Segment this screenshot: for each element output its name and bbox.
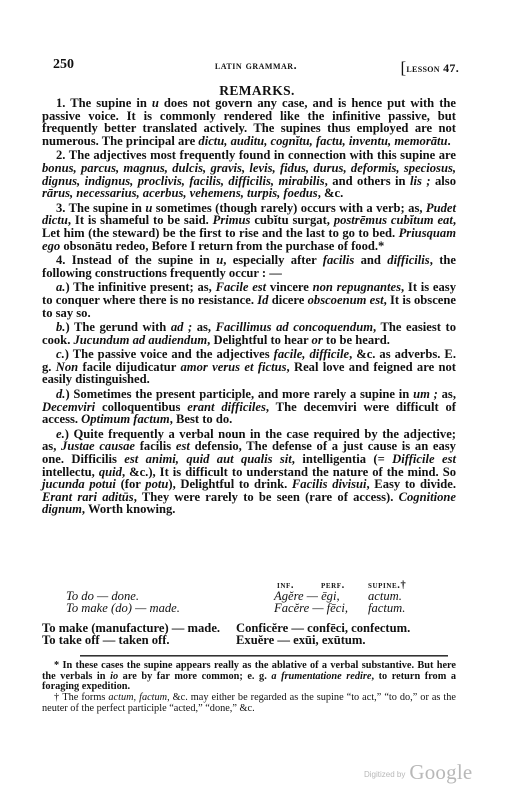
latin-inf-perf: Facĕre — fēci, bbox=[274, 602, 348, 614]
remark-paragraph: 1. The supine in u does not govern any c… bbox=[42, 97, 456, 147]
conjugation-row: To make (manufacture) — made. Conficĕre … bbox=[42, 622, 462, 634]
footnotes: * In these cases the supine appears real… bbox=[42, 661, 456, 715]
scanned-book-page: 250 LATIN GRAMMAR. [LESSON 47. REMARKS. … bbox=[0, 0, 514, 801]
footnote-asterisk: * In these cases the supine appears real… bbox=[42, 661, 456, 693]
watermark-prefix: Digitized by bbox=[364, 770, 405, 779]
running-head: 250 LATIN GRAMMAR. [LESSON 47. bbox=[53, 57, 459, 73]
lesson-label: [LESSON 47. bbox=[400, 57, 459, 77]
book-title: LATIN GRAMMAR. bbox=[53, 58, 459, 73]
remark-paragraph: d.) Sometimes the present participle, an… bbox=[42, 388, 456, 426]
google-logo-text: Google bbox=[409, 760, 472, 784]
remark-paragraph: c.) The passive voice and the adjectives… bbox=[42, 348, 456, 386]
remarks-body: 1. The supine in u does not govern any c… bbox=[42, 97, 456, 516]
lesson-bracket: [ bbox=[400, 58, 406, 77]
footnote-dagger: † The forms actum, factum, &c. may eithe… bbox=[42, 693, 456, 714]
latin-inf-perf: Exuĕre — exūi, exūtum. bbox=[236, 634, 366, 646]
remark-paragraph: 3. The supine in u sometimes (though rar… bbox=[42, 202, 456, 252]
english-gloss: To take off — taken off. bbox=[42, 634, 170, 646]
digitized-by-google-watermark: Digitized by Google bbox=[364, 760, 472, 785]
conjugation-row: To make (do) — made. Facĕre — fēci, fact… bbox=[42, 602, 462, 614]
remark-paragraph: b.) The gerund with ad ; as, Facillimus … bbox=[42, 321, 456, 346]
remark-paragraph: e.) Quite frequently a verbal noun in th… bbox=[42, 428, 456, 516]
english-gloss: To make (do) — made. bbox=[66, 602, 180, 614]
lesson-text: LESSON 47. bbox=[406, 61, 459, 75]
remark-paragraph: 2. The adjectives most frequently found … bbox=[42, 149, 456, 199]
footnote-divider bbox=[80, 655, 448, 657]
conjugation-row: To take off — taken off. Exuĕre — exūi, … bbox=[42, 634, 462, 646]
remark-paragraph: a.) The infinitive present; as, Facile e… bbox=[42, 281, 456, 319]
english-gloss: To make (manufacture) — made. bbox=[42, 622, 220, 634]
latin-inf-perf: Conficĕre — confēci, confectum. bbox=[236, 622, 410, 634]
conjugation-table: INF. PERF. SUPINE.† To do — done. Agĕre … bbox=[42, 578, 462, 646]
latin-supine: factum. bbox=[368, 602, 405, 614]
remark-paragraph: 4. Instead of the supine in u, especiall… bbox=[42, 254, 456, 279]
